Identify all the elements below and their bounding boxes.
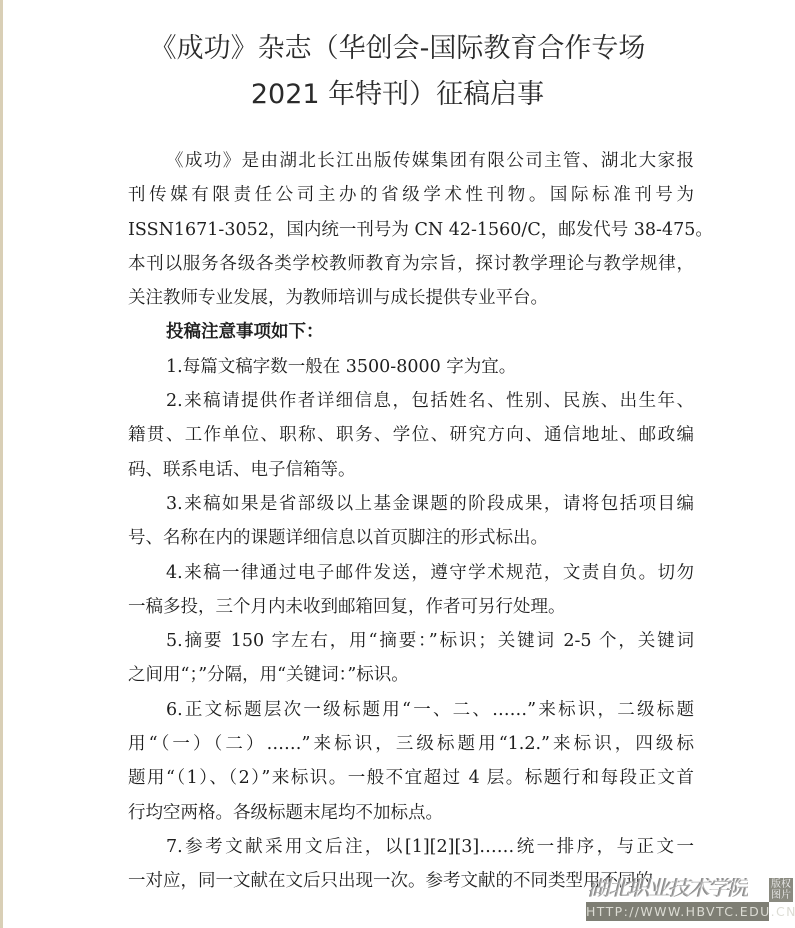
intro-line: 本刊以服务各级各类学校教师教育为宗旨，探讨教学理论与教学规律， (128, 247, 694, 281)
intro-line: 《成功》是由湖北长江出版传媒集团有限公司主管、湖北大家报 (128, 144, 694, 178)
item-4-line: 4.来稿一律通过电子邮件发送，遵守学术规范，文责自负。切勿 (128, 556, 694, 590)
item-6-line: 题用“（1）、（2）”来标识。一般不宜超过 4 层。标题行和每段正文首 (128, 761, 694, 795)
badge-line-1: 版权 (769, 879, 793, 890)
item-3-line: 3.来稿如果是省部级以上基金课题的阶段成果，请将包括项目编 (128, 487, 694, 521)
document-title-line-1: 《成功》杂志（华创会-国际教育合作专场 (0, 26, 795, 65)
item-2-line: 籍贯、工作单位、职称、职务、学位、研究方向、通信地址、邮政编 (128, 418, 694, 452)
item-4-line: 一稿多投，三个月内未收到邮箱回复，作者可另行处理。 (128, 590, 694, 624)
item-6-line: 6.正文标题层次一级标题用“一、二、……”来标识，二级标题 (128, 693, 694, 727)
badge-line-2: 图片 (769, 890, 793, 901)
item-3-line: 号、名称在内的课题详细信息以首页脚注的形式标出。 (128, 521, 694, 555)
intro-line: 关注教师专业发展，为教师培训与成长提供专业平台。 (128, 281, 694, 315)
notes-heading: 投稿注意事项如下： (128, 315, 694, 349)
item-2-line: 码、联系电话、电子信箱等。 (128, 453, 694, 487)
item-5-line: 5.摘要 150 字左右，用“摘要：”标识；关键词 2-5 个，关键词 (128, 624, 694, 658)
watermark-url: HTTP://WWW.HBVTC.EDU.CN (586, 902, 769, 921)
page-left-border (0, 0, 3, 928)
intro-line: 刊传媒有限责任公司主办的省级学术性刊物。国际标准刊号为 (128, 178, 694, 212)
document-body: 《成功》是由湖北长江出版传媒集团有限公司主管、湖北大家报 刊传媒有限责任公司主办… (128, 144, 694, 899)
item-5-line: 之间用“；”分隔，用“关键词：”标识。 (128, 658, 694, 692)
watermark: 湖北职业技术学院 版权 图片 HTTP://WWW.HBVTC.EDU.CN (588, 878, 795, 924)
item-7-line: 7.参考文献采用文后注，以[1][2][3]……统一排序，与正文一 (128, 830, 694, 864)
intro-line: ISSN1671-3052，国内统一刊号为 CN 42-1560/C，邮发代号 … (128, 213, 694, 247)
document-title-line-2: 2021 年特刊）征稿启事 (0, 72, 795, 111)
item-6-line: 用“（一）（二）……”来标识，三级标题用“1.2.”来标识，四级标 (128, 727, 694, 761)
item-1-line: 1.每篇文稿字数一般在 3500-8000 字为宜。 (128, 350, 694, 384)
item-2-line: 2.来稿请提供作者详细信息，包括姓名、性别、民族、出生年、 (128, 384, 694, 418)
copyright-badge-icon: 版权 图片 (769, 878, 793, 902)
watermark-script-text: 湖北职业技术学院 (588, 878, 748, 900)
item-6-line: 行均空两格。各级标题末尾均不加标点。 (128, 796, 694, 830)
